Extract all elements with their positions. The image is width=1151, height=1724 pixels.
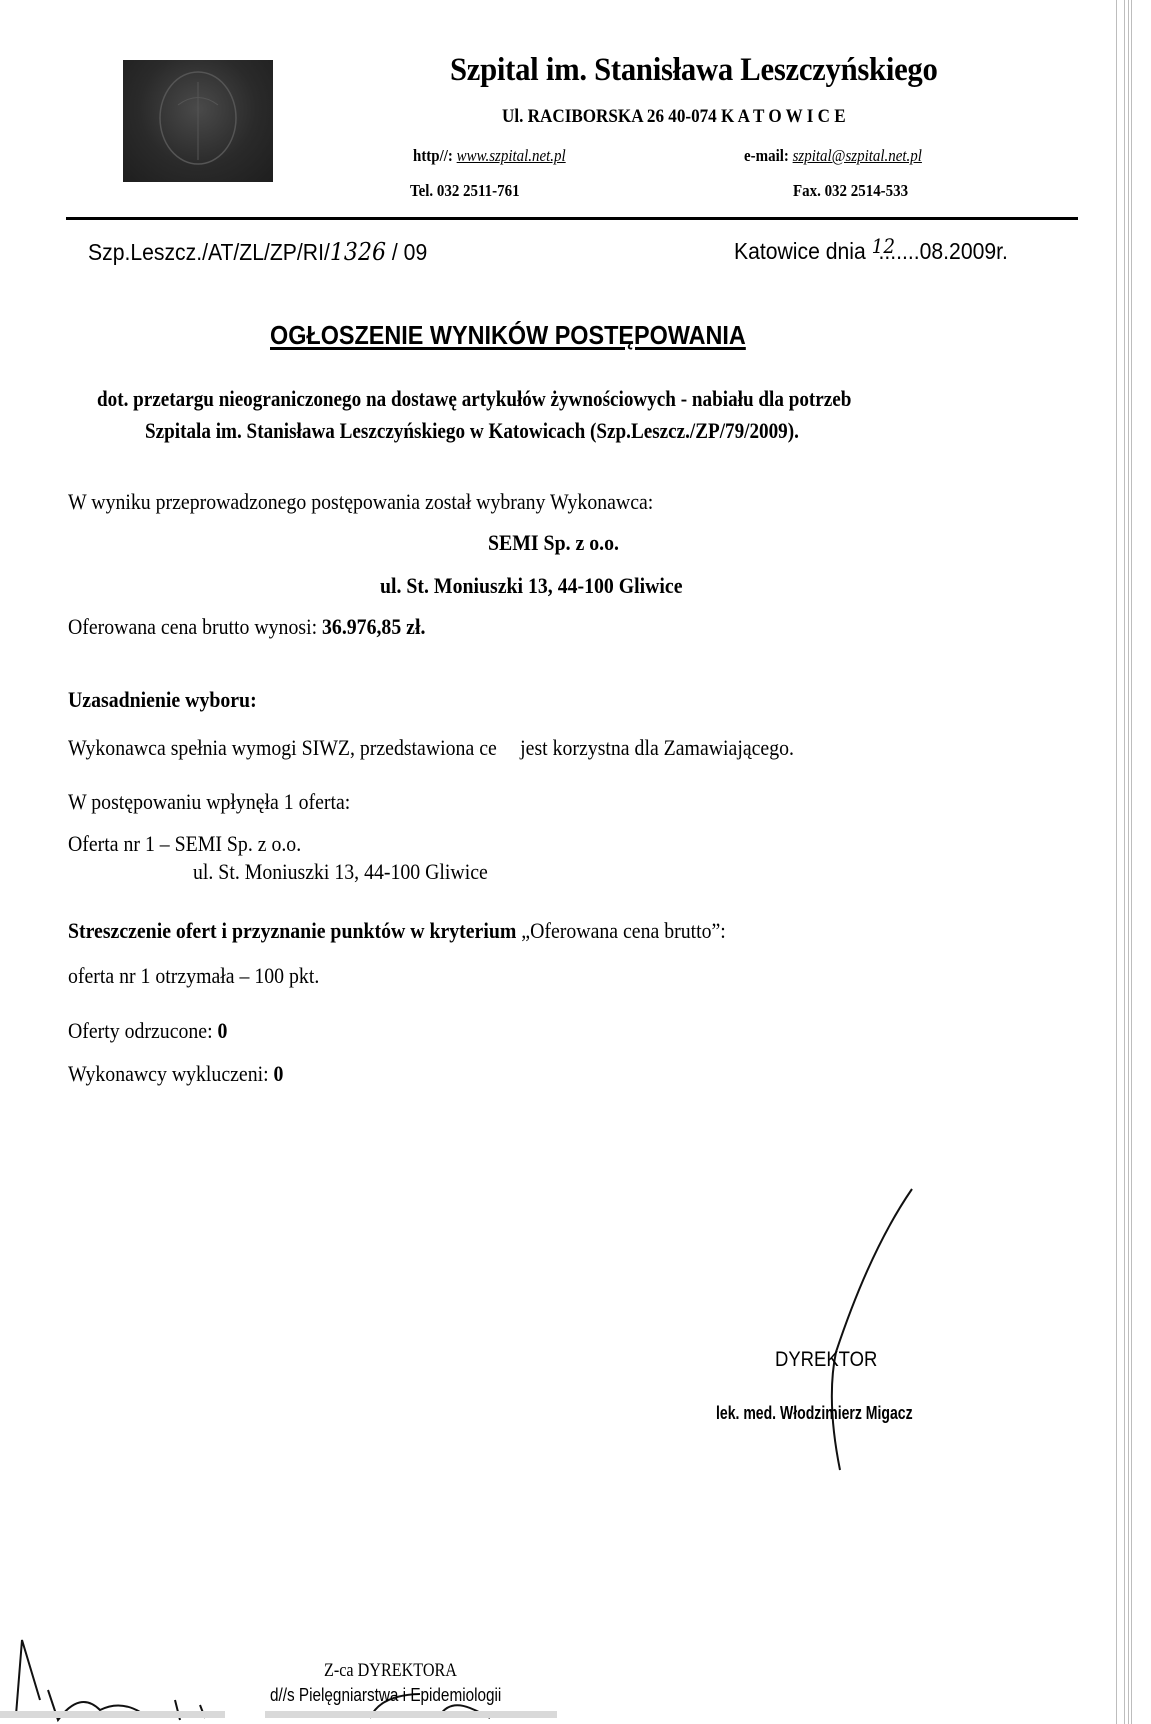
- scan-edge-line: [1124, 0, 1125, 1724]
- points-summary-heading: Streszczenie ofert i przyznanie punktów …: [68, 918, 726, 944]
- winner-name: SEMI Sp. z o.o.: [488, 530, 619, 556]
- hospital-address: Ul. RACIBORSKA 26 40-074 K A T O W I C E: [502, 106, 846, 128]
- justification-part-1: Wykonawca spełnia wymogi SIWZ, przedstaw…: [68, 735, 497, 760]
- reference-prefix: Szp.Leszcz./AT/ZL/ZP/RI/: [88, 239, 330, 265]
- document-title: OGŁOSZENIE WYNIKÓW POSTĘPOWANIA: [270, 320, 746, 351]
- email-label: e-mail:: [744, 146, 793, 165]
- offer-points: oferta nr 1 otrzymała – 100 pkt.: [68, 963, 319, 989]
- initials-icon: [16, 1640, 205, 1720]
- email-line: e-mail: szpital@szpital.net.pl: [744, 146, 922, 166]
- fax: Fax. 032 2514-533: [793, 181, 908, 201]
- rejected-label: Oferty odrzucone:: [68, 1018, 218, 1043]
- email-link[interactable]: szpital@szpital.net.pl: [793, 146, 922, 165]
- document-date: Katowice dnia 12.......08.2009r.: [734, 238, 1008, 265]
- offer-1-address: ul. St. Moniuszki 13, 44-100 Gliwice: [193, 859, 488, 885]
- justification-text: Wykonawca spełnia wymogi SIWZ, przedstaw…: [68, 735, 794, 761]
- website-line: http//: www.szpital.net.pl: [413, 146, 566, 166]
- rejected-value: 0: [218, 1018, 228, 1043]
- summary-bold: Streszczenie ofert i przyznanie punktów …: [68, 918, 521, 943]
- offered-price: Oferowana cena brutto wynosi: 36.976,85 …: [68, 614, 425, 640]
- director-signature-icon: [832, 1189, 912, 1470]
- reference-number: Szp.Leszcz./AT/ZL/ZP/RI/1326 / 09: [88, 238, 427, 266]
- justification-heading: Uzasadnienie wyboru:: [68, 687, 257, 713]
- website-link[interactable]: www.szpital.net.pl: [457, 146, 566, 165]
- reference-suffix: / 09: [386, 239, 427, 265]
- scan-edge-line: [1116, 0, 1117, 1724]
- scan-edge-line: [1131, 0, 1132, 1724]
- date-prefix: Katowice dnia: [734, 238, 872, 264]
- rejected-offers: Oferty odrzucone: 0: [68, 1018, 227, 1044]
- excluded-contractors: Wykonawcy wykluczeni: 0: [68, 1061, 283, 1087]
- website-label: http//:: [413, 146, 457, 165]
- scan-shadow-left: [0, 1711, 225, 1718]
- hospital-name: Szpital im. Stanisława Leszczyńskiego: [450, 52, 938, 89]
- price-label: Oferowana cena brutto wynosi:: [68, 614, 322, 639]
- director-title: DYREKTOR: [775, 1348, 877, 1372]
- winner-address: ul. St. Moniuszki 13, 44-100 Gliwice: [380, 573, 683, 599]
- scan-shadow-center: [265, 1711, 557, 1718]
- director-name: lek. med. Włodzimierz Migacz: [716, 1403, 913, 1424]
- summary-criterion: „Oferowana cena brutto”:: [521, 918, 725, 943]
- handwritten-day: 12: [872, 234, 895, 258]
- letterhead-divider: [66, 217, 1078, 220]
- price-value: 36.976,85 zł.: [322, 614, 425, 639]
- date-suffix: .08.2009r.: [914, 238, 1008, 264]
- crest-glyph-icon: [123, 60, 273, 182]
- excluded-value: 0: [274, 1061, 284, 1086]
- telephone: Tel. 032 2511-761: [410, 181, 520, 201]
- excluded-label: Wykonawcy wykluczeni:: [68, 1061, 274, 1086]
- handwritten-reference-number: 1326: [330, 238, 386, 266]
- scan-edge-line: [1128, 0, 1129, 1724]
- selection-intro: W wyniku przeprowadzonego postępowania z…: [68, 489, 653, 515]
- deputy-director-title: Z-ca DYREKTORA: [324, 1660, 457, 1682]
- justification-part-2: jest korzystna dla Zamawiającego.: [520, 735, 794, 760]
- deputy-director-subtitle: d//s Pielęgniarstwa i Epidemiologii: [270, 1685, 501, 1706]
- subject-line-1: dot. przetargu nieograniczonego na dosta…: [97, 386, 851, 412]
- hospital-logo-icon: [123, 60, 273, 182]
- subject-line-2: Szpitala im. Stanisława Leszczyńskiego w…: [145, 418, 799, 444]
- offers-received: W postępowaniu wpłynęła 1 oferta:: [68, 789, 350, 815]
- offer-1-name: Oferta nr 1 – SEMI Sp. z o.o.: [68, 831, 301, 857]
